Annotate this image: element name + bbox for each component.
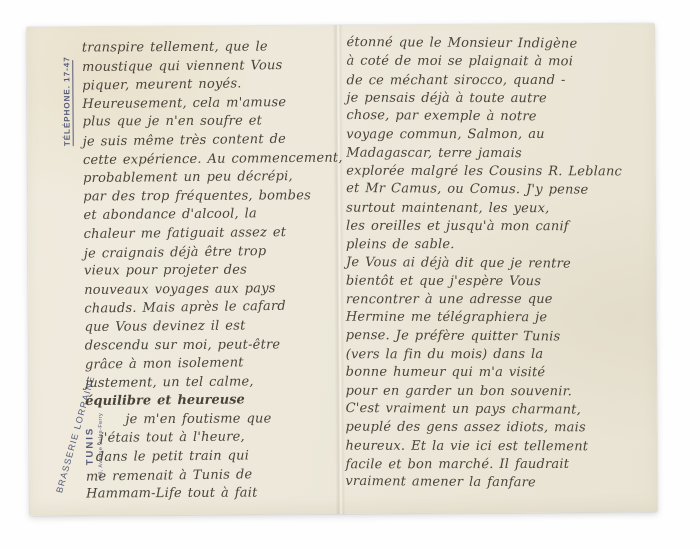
handwriting-line: justement, un tel calme, <box>85 372 339 393</box>
handwriting-line: surtout maintenant, les yeux, <box>346 199 654 218</box>
handwriting-line: bientôt et que j'espère Vous <box>346 272 654 291</box>
handwriting-line: je m'en foutisme que <box>125 410 339 430</box>
photograph-background: TÉLÉPHONE. 17-47 BRASSERIE LORRAINE TUNI… <box>0 0 700 549</box>
handwriting-line: par des trop fréquentes, bombes <box>83 187 337 207</box>
handwriting-line: piquer, meurent noyés. <box>82 74 336 96</box>
handwriting-line: transpire tellement, que le <box>82 38 336 58</box>
handwriting-line: et Mr Camus, ou Comus. J'y pense <box>346 180 654 200</box>
handwriting-line: que Vous devinez il est <box>84 316 338 337</box>
handwriting-line: vraiment amener la fanfare <box>345 473 653 493</box>
handwriting-line: plus que je n'en soufre et <box>83 113 337 133</box>
handwriting-line: Madagascar, terre jamais <box>346 144 654 163</box>
handwriting-line: à coté de moi se plaignait à moi <box>346 53 654 72</box>
handwriting-line: vieux pour projeter des <box>84 261 338 281</box>
handwriting-line: bonne humeur qui m'a visité <box>346 364 654 383</box>
left-page-handwriting: transpire tellement, que lemoustique qui… <box>82 38 340 505</box>
handwriting-line: Je Vous ai déjà dit que je rentre <box>346 254 654 274</box>
handwriting-line: étonné que le Monsieur Indigène <box>346 34 654 54</box>
handwriting-line: rencontrer à une adresse que <box>346 291 654 310</box>
handwriting-line: pour en garder un bon souvenir. <box>346 382 654 401</box>
letter-paper: TÉLÉPHONE. 17-47 BRASSERIE LORRAINE TUNI… <box>27 23 658 516</box>
handwriting-line: Hammam-Life tout à fait <box>86 484 340 504</box>
handwriting-line: j'étais tout à l'heure, <box>100 428 340 449</box>
handwriting-line: facile et bon marché. Il faudrait <box>345 456 653 475</box>
handwriting-line: voyage commun, Salmon, au <box>346 126 654 145</box>
handwriting-line: cette expérience. Au commencement, <box>83 149 337 170</box>
handwriting-line: (vers la fin du mois) dans la <box>346 346 654 365</box>
handwriting-line: les oreilles et jusqu'à mon canif <box>346 218 654 237</box>
handwriting-line: de ce méchant sirocco, quand - <box>346 71 654 90</box>
handwriting-line: probablement un peu décrépi, <box>83 168 337 189</box>
handwriting-line: peuplé des gens assez idiots, mais <box>346 419 654 438</box>
handwriting-line: chose, par exemple à notre <box>346 107 654 127</box>
handwriting-line: explorée malgré les Cousins R. Leblanc <box>346 163 654 182</box>
right-page-handwriting: étonné que le Monsieur Indigèneà coté de… <box>345 35 654 493</box>
handwriting-line: pleins de sable. <box>346 236 654 255</box>
handwriting-line: heureux. Et la vie ici est tellement <box>345 437 653 456</box>
handwriting-line: équilibre et heureuse <box>85 391 339 412</box>
telephone-stamp: TÉLÉPHONE. 17-47 <box>62 60 74 146</box>
handwriting-line: je suis même très content de <box>83 130 337 152</box>
handwriting-line: je pensais déjà à toute autre <box>346 90 654 109</box>
handwriting-line: grâce à mon isolement <box>85 353 339 375</box>
handwriting-line: dans le petit train qui <box>96 447 340 468</box>
handwriting-line: pense. Je préfère quitter Tunis <box>346 327 654 347</box>
handwriting-line: C'est vraiment un pays charmant, <box>346 400 654 420</box>
handwriting-line: Hermine me télégraphiera je <box>346 309 654 328</box>
handwriting-line: Heureusement, cela m'amuse <box>82 93 336 114</box>
handwriting-line: chaleur me fatiguait assez et <box>84 224 338 245</box>
handwriting-line: et abondance d'alcool, la <box>83 205 337 226</box>
